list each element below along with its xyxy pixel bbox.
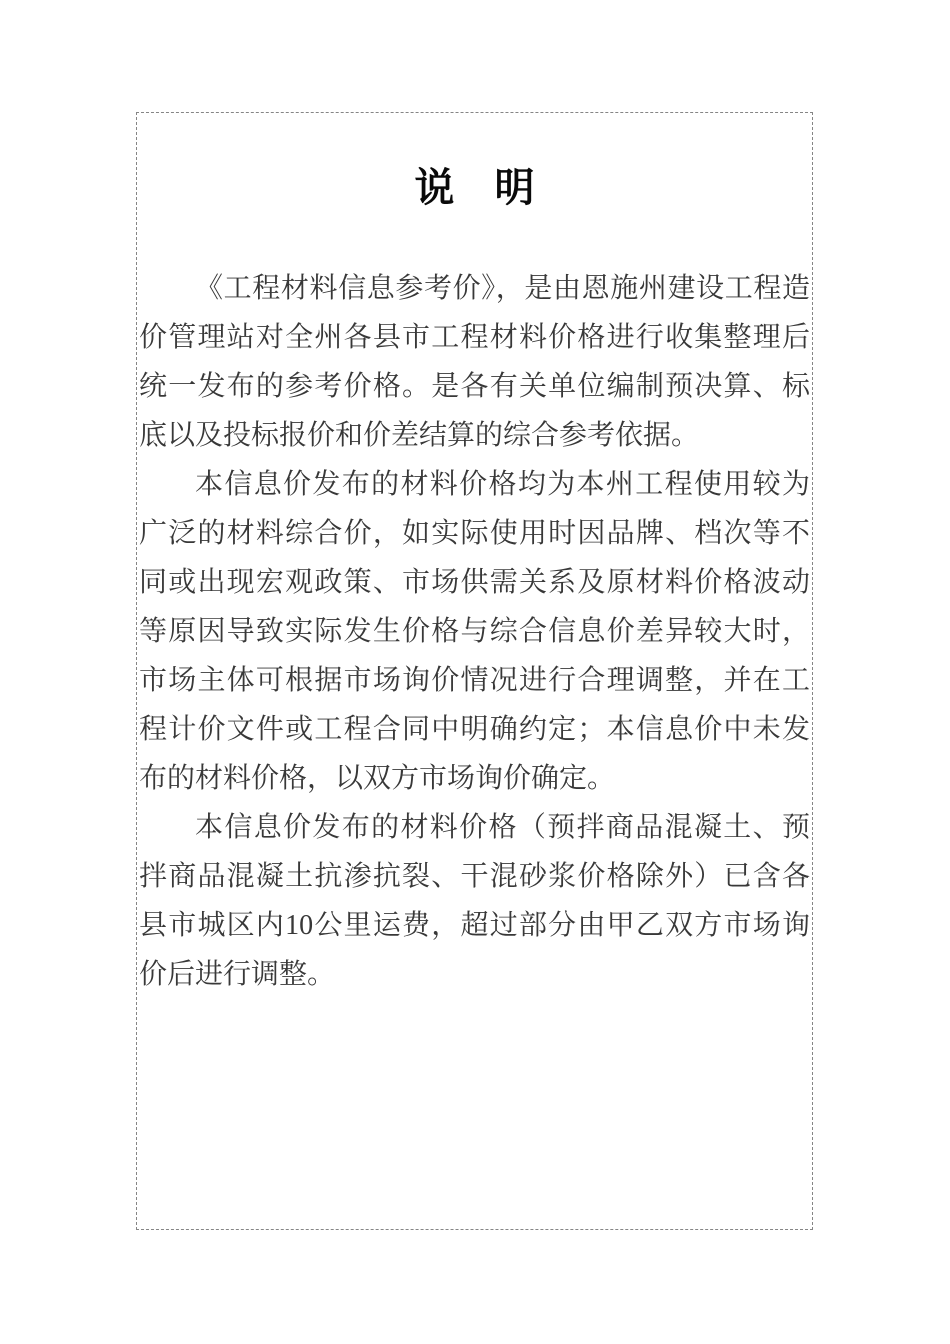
document-page: 说 明 《工程材料信息参考价》，是由恩施州建设工程造价管理站对全州各县市工程材料… <box>0 0 950 1344</box>
content-frame: 说 明 《工程材料信息参考价》，是由恩施州建设工程造价管理站对全州各县市工程材料… <box>136 112 813 1230</box>
paragraph-freight: 本信息价发布的材料价格（预拌商品混凝土、预拌商品混凝土抗渗抗裂、干混砂浆价格除外… <box>139 803 810 999</box>
paragraph-price-adjustment: 本信息价发布的材料价格均为本州工程使用较为广泛的材料综合价，如实际使用时因品牌、… <box>139 460 810 803</box>
page-title: 说 明 <box>139 165 810 212</box>
paragraph-intro: 《工程材料信息参考价》，是由恩施州建设工程造价管理站对全州各县市工程材料价格进行… <box>139 264 810 460</box>
body-text: 《工程材料信息参考价》，是由恩施州建设工程造价管理站对全州各县市工程材料价格进行… <box>139 264 810 999</box>
